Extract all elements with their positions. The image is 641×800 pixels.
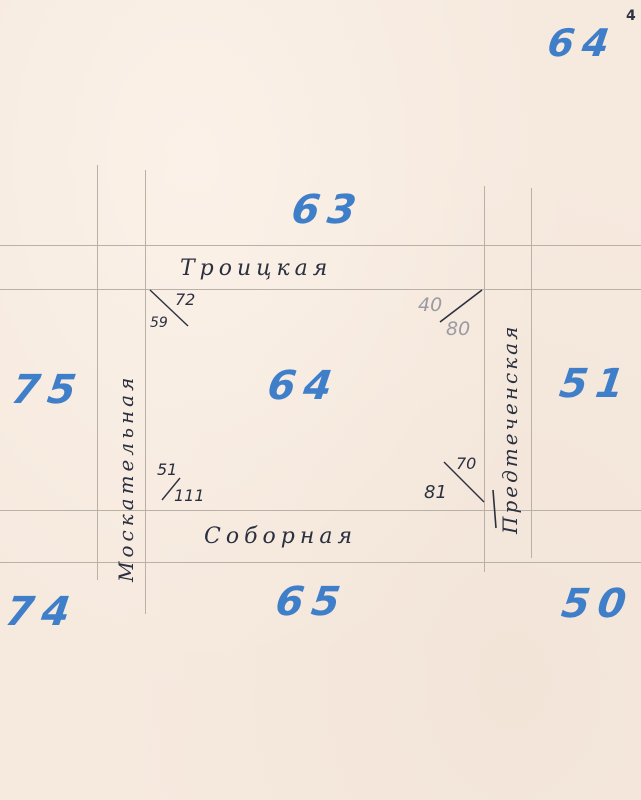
corner-bottom-right-numerator: 70 — [456, 456, 476, 472]
corner-top-right-denominator: 80 — [446, 320, 470, 339]
street-south-label: Соборная — [204, 526, 357, 548]
block-southeast: 50 — [559, 584, 636, 624]
street-west-label: Москательная — [116, 374, 136, 582]
block-east: 51 — [557, 364, 634, 404]
block-north: 63 — [289, 190, 366, 230]
corner-top-right-numerator: 40 — [418, 296, 442, 315]
block-center: 64 — [265, 366, 342, 406]
block-southwest: 74 — [3, 592, 80, 632]
corner-bottom-left-denominator: 111 — [174, 488, 205, 504]
corner-top-left-numerator: 72 — [175, 292, 195, 308]
block-west: 75 — [9, 370, 86, 410]
street-east-label: Предтеченская — [500, 324, 520, 534]
sheet-number: 64 — [545, 24, 619, 62]
street-north-label: Троицкая — [180, 258, 332, 280]
block-south: 65 — [273, 582, 350, 622]
corner-bottom-left-numerator: 51 — [157, 462, 177, 478]
corner-top-left-denominator: 59 — [150, 316, 168, 330]
sheet-superscript: 4 — [626, 8, 636, 24]
corner-bottom-right-denominator: 81 — [424, 484, 447, 502]
